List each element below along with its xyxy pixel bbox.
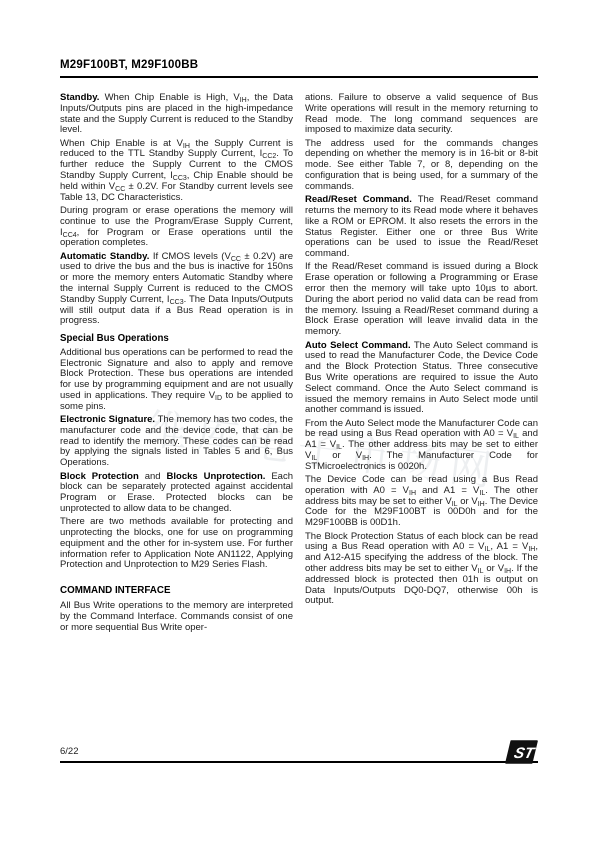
paragraph: Additional bus operations can be perform… [60, 348, 293, 413]
text-run: or V [484, 563, 505, 574]
text-run: All Bus Write operations to the memory a… [60, 600, 293, 633]
bold-lead: Standby. [60, 92, 99, 103]
paragraph: When Chip Enable is at VIH the Supply Cu… [60, 139, 293, 204]
bold-lead: Blocks Unprotection. [167, 471, 266, 482]
text-run: and A1 = V [416, 485, 479, 496]
text-run: ations. Failure to observe a valid seque… [305, 92, 538, 135]
bold-lead: Electronic Signature. [60, 414, 155, 425]
text-run: If the Read/Reset command is issued duri… [305, 261, 538, 337]
footer-rule [60, 761, 538, 763]
paragraph: The Block Protection Status of each bloc… [305, 532, 538, 608]
st-logo-icon: ST [505, 740, 538, 764]
text-run: COMMAND INTERFACE [60, 585, 170, 596]
paragraph: During program or erase operations the m… [60, 206, 293, 249]
paragraph: There are two methods available for prot… [60, 517, 293, 571]
two-column-body: Standby. When Chip Enable is High, VIH, … [60, 93, 538, 636]
text-run: The Auto Select command is used to read … [305, 340, 538, 416]
text-run: or V [317, 450, 362, 461]
paragraph: All Bus Write operations to the memory a… [60, 601, 293, 633]
section-heading: COMMAND INTERFACE [60, 585, 293, 596]
bold-lead: Auto Select Command. [305, 340, 411, 351]
paragraph: Read/Reset Command. The Read/Reset comma… [305, 195, 538, 260]
text-run: When Chip Enable is at V [60, 138, 183, 149]
paragraph: Standby. When Chip Enable is High, VIH, … [60, 93, 293, 136]
bold-lead: Read/Reset Command. [305, 194, 412, 205]
svg-text:ST: ST [512, 745, 537, 762]
right-column: ations. Failure to observe a valid seque… [305, 93, 538, 636]
text-run: There are two methods available for prot… [60, 516, 293, 570]
text-run: If CMOS levels (V [149, 251, 230, 262]
text-run: From the Auto Select mode the Manufactur… [305, 418, 538, 440]
paragraph: Electronic Signature. The memory has two… [60, 415, 293, 469]
text-run: , A1 = V [490, 541, 528, 552]
text-run: , for Program or Erase operations until … [60, 227, 293, 249]
paragraph: If the Read/Reset command is issued duri… [305, 262, 538, 338]
bold-lead: Automatic Standby. [60, 251, 149, 262]
paragraph: Automatic Standby. If CMOS levels (VCC ±… [60, 252, 293, 328]
page-number: 6/22 [60, 746, 79, 757]
text-run: The address used for the commands change… [305, 138, 538, 192]
paragraph: ations. Failure to observe a valid seque… [305, 93, 538, 136]
text-run: or V [458, 496, 478, 507]
subsection-heading: Special Bus Operations [60, 333, 293, 344]
text-run: When Chip Enable is High, V [99, 92, 239, 103]
text-run: and [139, 471, 167, 482]
subscript-text: ID [215, 395, 222, 402]
paragraph: From the Auto Select mode the Manufactur… [305, 419, 538, 473]
document-title: M29F100BT, M29F100BB [60, 59, 538, 71]
paragraph: The address used for the commands change… [305, 139, 538, 193]
datasheet-page: 维库电子市场网 M29F100BT, M29F100BB Standby. Wh… [0, 0, 595, 842]
paragraph: Block Protection and Blocks Unprotection… [60, 472, 293, 515]
bold-lead: Block Protection [60, 471, 139, 482]
paragraph: The Device Code can be read using a Bus … [305, 475, 538, 529]
st-logo: ST [505, 740, 538, 764]
text-run: Special Bus Operations [60, 333, 169, 344]
page-header: M29F100BT, M29F100BB [60, 59, 538, 78]
paragraph: Auto Select Command. The Auto Select com… [305, 341, 538, 417]
left-column: Standby. When Chip Enable is High, VIH, … [60, 93, 293, 636]
